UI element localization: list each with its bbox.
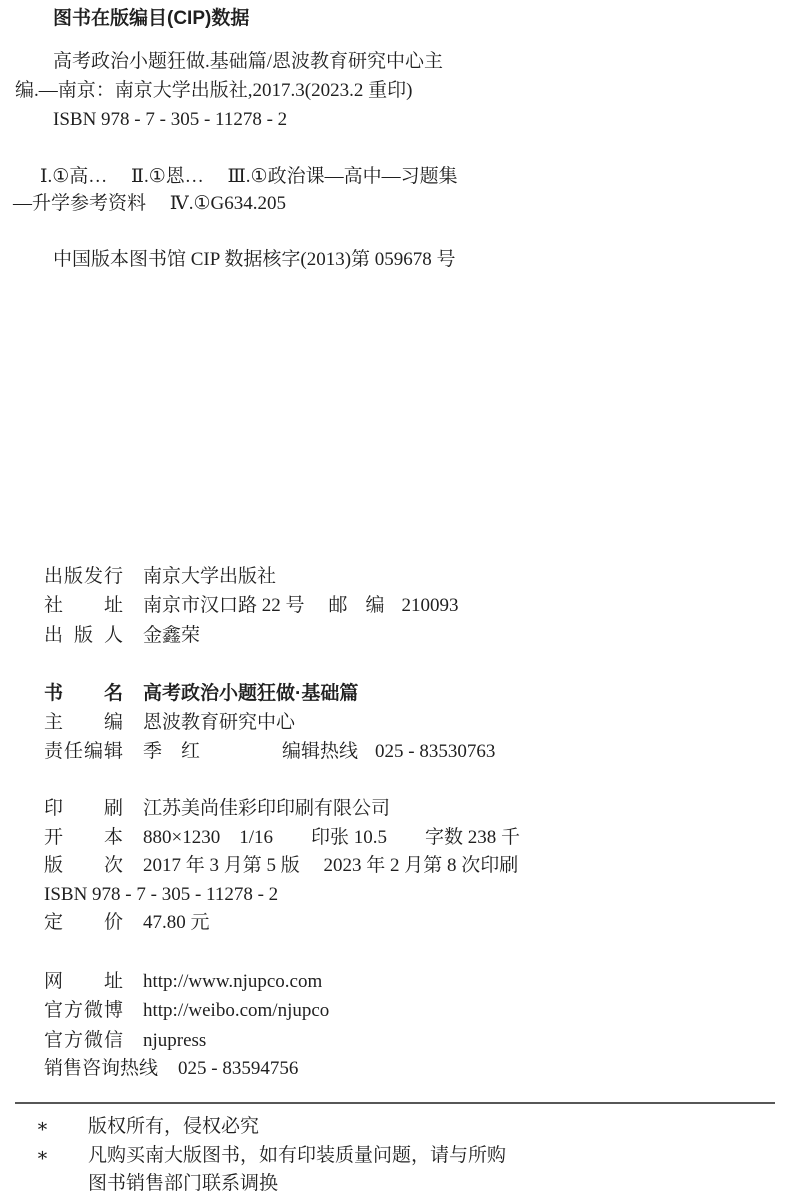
chief-editor-label: 主编 <box>44 708 123 737</box>
postcode-value: 210093 <box>402 591 459 620</box>
cip-description-line-2: 编.—南京：南京大学出版社,2017.3(2023.2 重印) <box>15 76 412 105</box>
divider-line <box>15 1102 775 1104</box>
address-row: 社址 南京市汉口路 22 号 邮编 210093 <box>44 591 459 620</box>
responsible-editor-row: 责任编辑 季 红 编辑热线 025 - 83530763 <box>44 737 495 766</box>
responsible-editor-label: 责任编辑 <box>44 737 123 766</box>
edition-value: 2017 年 3 月第 5 版 2023 年 2 月第 8 次印刷 <box>143 851 518 880</box>
cip-header: 图书在版编目(CIP)数据 <box>53 4 249 33</box>
book-title-value: 高考政治小题狂做·基础篇 <box>143 679 358 708</box>
format-row: 开本 880×1230 1/16 印张 10.5 字数 238 千 <box>44 823 520 852</box>
price-value: 47.80 元 <box>143 908 210 937</box>
publisher-person-row: 出版人 金鑫荣 <box>44 621 200 650</box>
website-label: 网址 <box>44 967 123 996</box>
edition-label: 版次 <box>44 851 123 880</box>
weibo-value: http://weibo.com/njupco <box>143 996 329 1025</box>
price-label: 定价 <box>44 908 123 937</box>
cip-classification-line-2: —升学参考资料 Ⅳ.①G634.205 <box>13 189 286 218</box>
sales-hotline-value: 025 - 83594756 <box>178 1054 298 1083</box>
weibo-label: 官方微博 <box>44 996 123 1025</box>
address-label: 社址 <box>44 591 123 620</box>
cip-classification-line-1: Ⅰ.①高… Ⅱ.①恩… Ⅲ.①政治课—高中—习题集 <box>15 162 458 191</box>
postcode-label: 邮编 <box>329 591 385 620</box>
website-row: 网址 http://www.njupco.com <box>44 967 322 996</box>
edition-row: 版次 2017 年 3 月第 5 版 2023 年 2 月第 8 次印刷 <box>44 851 518 880</box>
note-bullet: ∗ <box>36 1112 49 1141</box>
cip-description-line-1: 高考政治小题狂做.基础篇/恩波教育研究中心主 <box>15 47 443 76</box>
copyright-page: 图书在版编目(CIP)数据 高考政治小题狂做.基础篇/恩波教育研究中心主 编.—… <box>0 0 790 1200</box>
publisher-row: 出版发行 南京大学出版社 <box>44 562 276 591</box>
book-title-label: 书名 <box>44 679 123 708</box>
copyright-note: 版权所有，侵权必究 <box>88 1112 259 1141</box>
website-value: http://www.njupco.com <box>143 967 322 996</box>
format-label: 开本 <box>44 823 123 852</box>
quality-note-line-1: 凡购买南大版图书，如有印装质量问题，请与所购 <box>88 1141 506 1170</box>
chief-editor-row: 主编 恩波教育研究中心 <box>44 708 295 737</box>
book-title-row: 书名 高考政治小题狂做·基础篇 <box>44 679 358 708</box>
editor-hotline-value: 025 - 83530763 <box>375 737 495 766</box>
sales-hotline-row: 销售咨询热线 025 - 83594756 <box>44 1054 298 1083</box>
quality-note-line-2: 图书销售部门联系调换 <box>88 1169 278 1198</box>
printer-value: 江苏美尚佳彩印印刷有限公司 <box>143 794 390 823</box>
wechat-label: 官方微信 <box>44 1026 123 1055</box>
publisher-person-value: 金鑫荣 <box>143 621 200 650</box>
price-row: 定价 47.80 元 <box>44 908 210 937</box>
sales-hotline-label: 销售咨询热线 <box>44 1054 158 1083</box>
publisher-value: 南京大学出版社 <box>143 562 276 591</box>
isbn-line: ISBN 978 - 7 - 305 - 11278 - 2 <box>44 880 278 909</box>
weibo-row: 官方微博 http://weibo.com/njupco <box>44 996 329 1025</box>
printer-row: 印刷 江苏美尚佳彩印印刷有限公司 <box>44 794 390 823</box>
chief-editor-value: 恩波教育研究中心 <box>143 708 295 737</box>
wechat-row: 官方微信 njupress <box>44 1026 206 1055</box>
address-value: 南京市汉口路 22 号 <box>143 591 305 620</box>
publisher-label: 出版发行 <box>44 562 123 591</box>
note-bullet: ∗ <box>36 1141 49 1170</box>
cip-registry-number: 中国版本图书馆 CIP 数据核字(2013)第 059678 号 <box>53 245 456 274</box>
responsible-editor-value: 季 红 <box>143 737 200 766</box>
publisher-person-label: 出版人 <box>44 621 123 650</box>
editor-hotline-label: 编辑热线 <box>282 737 358 766</box>
wechat-value: njupress <box>143 1026 206 1055</box>
format-value: 880×1230 1/16 印张 10.5 字数 238 千 <box>143 823 520 852</box>
cip-isbn-line: ISBN 978 - 7 - 305 - 11278 - 2 <box>15 105 287 134</box>
printer-label: 印刷 <box>44 794 123 823</box>
